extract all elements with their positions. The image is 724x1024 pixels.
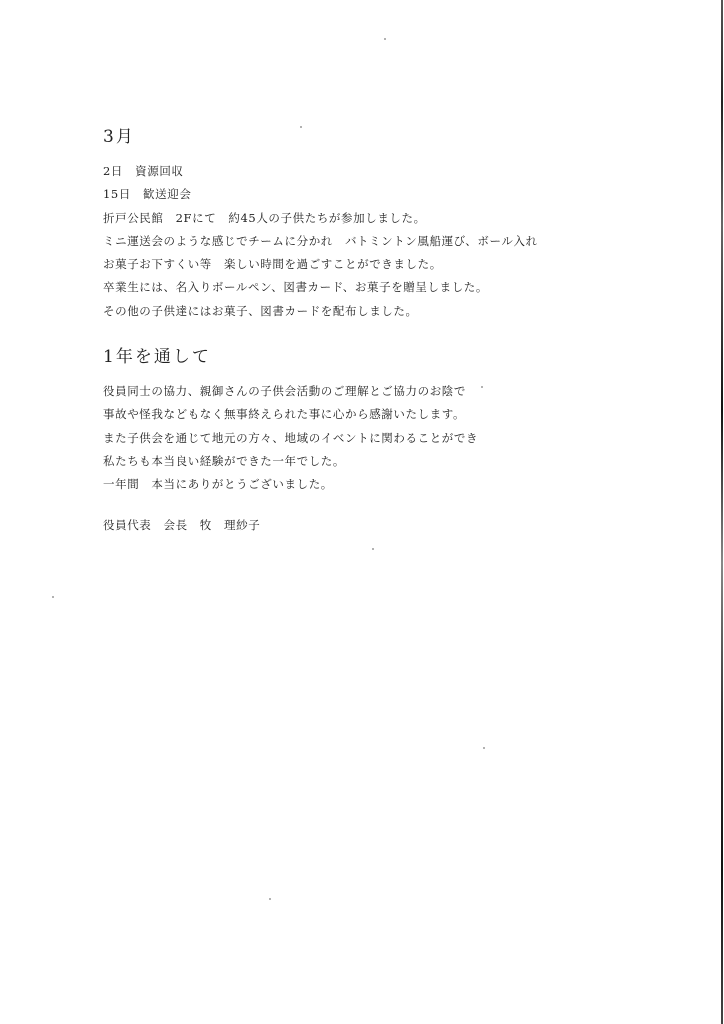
march-line: その他の子供達にはお菓子、図書カードを配布しました。: [103, 300, 538, 323]
scan-speck: [269, 898, 271, 900]
scan-speck: [372, 548, 374, 550]
year-review-lines: 役員同士の協力、親御さんの子供会活動のご理解とご協力のお陰で 事故や怪我などもな…: [103, 380, 478, 496]
scan-edge-line: [721, 0, 723, 1024]
march-line: お菓子お下すくい等 楽しい時間を過ごすことができました。: [103, 253, 538, 276]
signature-line: 役員代表 会長 牧 理紗子: [103, 514, 260, 537]
year-review-section: 1年を通して 役員同士の協力、親御さんの子供会活動のご理解とご協力のお陰で 事故…: [103, 346, 478, 496]
scan-speck: [384, 38, 386, 40]
year-review-line: また子供会を通じて地元の方々、地域のイベントに関わることができ: [103, 427, 478, 450]
march-section: 3月 2日 資源回収 15日 歓送迎会 折戸公民館 2Fにて 約45人の子供たち…: [103, 126, 538, 323]
scan-speck: [52, 596, 54, 598]
march-line: 15日 歓送迎会: [103, 183, 538, 206]
march-lines: 2日 資源回収 15日 歓送迎会 折戸公民館 2Fにて 約45人の子供たちが参加…: [103, 160, 538, 323]
scan-speck: [483, 747, 485, 749]
year-review-line: 私たちも本当良い経験ができた一年でした。: [103, 450, 478, 473]
march-heading: 3月: [103, 126, 538, 148]
scan-speck: [481, 386, 483, 388]
year-review-heading: 1年を通して: [103, 346, 478, 368]
march-line: 折戸公民館 2Fにて 約45人の子供たちが参加しました。: [103, 207, 538, 230]
year-review-line: 一年間 本当にありがとうございました。: [103, 473, 478, 496]
signature-block: 役員代表 会長 牧 理紗子: [103, 514, 260, 537]
year-review-line: 役員同士の協力、親御さんの子供会活動のご理解とご協力のお陰で: [103, 380, 478, 403]
march-line: ミニ運送会のような感じでチームに分かれ バトミントン風船運び、ボール入れ: [103, 230, 538, 253]
march-line: 卒業生には、名入りボールペン、図書カード、お菓子を贈呈しました。: [103, 276, 538, 299]
scanned-page: 3月 2日 資源回収 15日 歓送迎会 折戸公民館 2Fにて 約45人の子供たち…: [0, 0, 724, 1024]
year-review-line: 事故や怪我などもなく無事終えられた事に心から感謝いたします。: [103, 403, 478, 426]
march-line: 2日 資源回収: [103, 160, 538, 183]
